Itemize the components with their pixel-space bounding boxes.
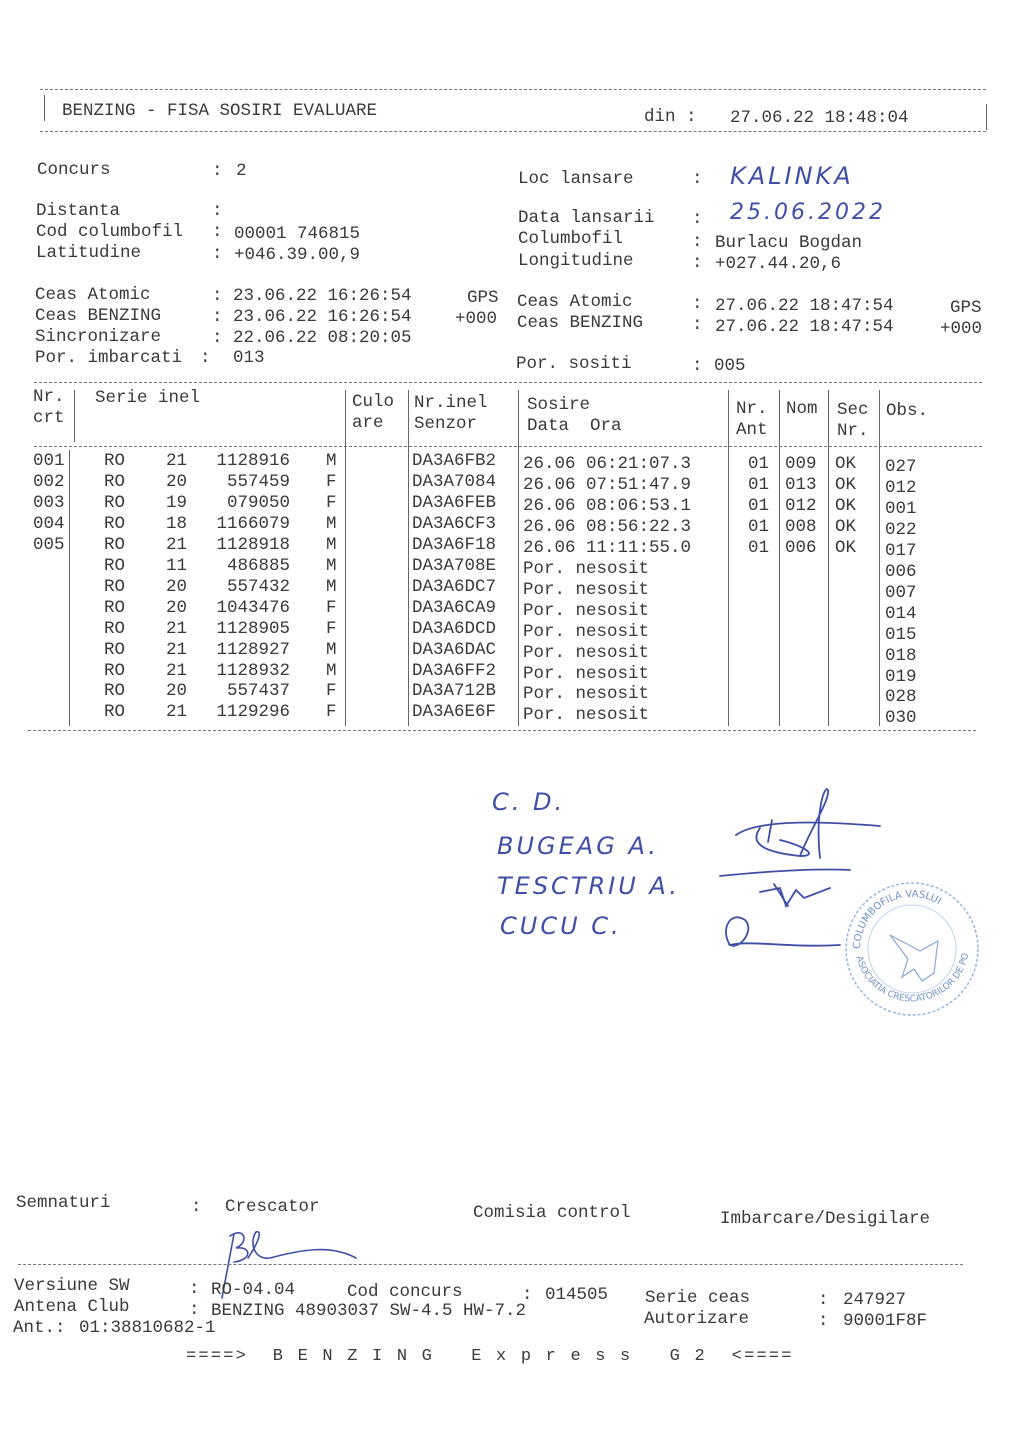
colon: : <box>212 244 223 265</box>
header-sosire-2: Data Ora <box>527 416 622 437</box>
table-row: 002RO20557459FDA3A708426.06 07:51:47.901… <box>0 472 1024 493</box>
autorizare-value: 90001F8F <box>843 1311 927 1332</box>
distanta-label: Distanta <box>36 201 120 222</box>
cell-year: 21 <box>166 535 187 556</box>
cell-year: 20 <box>166 472 187 493</box>
cell-ring-number: 1166079 <box>216 514 290 535</box>
header-nr-crt-2: crt <box>33 408 65 429</box>
header-bottom-border <box>40 131 986 132</box>
ceas-atomic-right-value: 27.06.22 18:47:54 <box>715 296 894 317</box>
colon: : <box>692 315 703 336</box>
cell-ring-number: 1129296 <box>216 702 290 723</box>
header-sosire-1: Sosire <box>527 395 590 416</box>
cell-ring-number: 1128916 <box>216 451 290 472</box>
cell-year: 21 <box>166 640 187 661</box>
colon: : <box>212 328 223 349</box>
cell-country: RO <box>104 514 125 535</box>
table-row: 003RO19079050FDA3A6FEB26.06 08:06:53.101… <box>0 493 1024 514</box>
cell-nr-crt: 005 <box>33 535 65 556</box>
ceas-benzing-left-suffix: +000 <box>455 309 497 330</box>
cell-sex: M <box>326 556 337 577</box>
print-date-value: 27.06.22 18:48:04 <box>730 108 909 129</box>
por-sositi-label: Por. sositi <box>516 354 632 375</box>
colon: : <box>212 222 223 243</box>
table-row: RO20557437FDA3A712BPor. nesosit028 <box>0 681 1024 702</box>
cell-country: RO <box>104 681 125 702</box>
print-date-label: din : <box>644 107 697 128</box>
cell-sex: F <box>326 619 337 640</box>
col-sep <box>74 390 75 442</box>
cell-sensor-ring: DA3A6E6F <box>412 702 496 723</box>
colon: : <box>692 253 703 274</box>
loc-lansare-handwritten: KALINKA <box>730 162 854 190</box>
cell-sex: F <box>326 472 337 493</box>
colon: : <box>818 1311 829 1332</box>
latitudine-value: +046.39.00,9 <box>234 245 360 266</box>
cell-sensor-ring: DA3A7084 <box>412 472 496 493</box>
table-bottom-border <box>28 730 976 731</box>
header-nom: Nom <box>786 399 818 420</box>
ceas-atomic-left-value: 23.06.22 16:26:54 <box>233 286 412 307</box>
header-nr-ant-1: Nr. <box>736 399 768 420</box>
cell-sex: F <box>326 598 337 619</box>
benzing-express-banner: ====> B E N Z I N G E x p r e s s G 2 <=… <box>186 1346 794 1367</box>
ceas-benzing-right-value: 27.06.22 18:47:54 <box>715 317 894 338</box>
cell-ring-number: 1043476 <box>216 598 290 619</box>
header-obs: Obs. <box>886 401 928 422</box>
cell-sensor-ring: DA3A6DAC <box>412 640 496 661</box>
cell-country: RO <box>104 640 125 661</box>
colon: : <box>189 1279 200 1300</box>
cell-nr-crt: 003 <box>33 493 65 514</box>
colon: : <box>200 348 211 369</box>
columbofil-value: Burlacu Bogdan <box>715 233 862 254</box>
pigeon-icon <box>890 935 938 981</box>
imbarcare-label: Imbarcare/Desigilare <box>720 1209 930 1230</box>
cell-ring-number: 1128905 <box>216 619 290 640</box>
semnaturi-label: Semnaturi <box>16 1193 111 1214</box>
cell-country: RO <box>104 619 125 640</box>
cell-sex: M <box>326 577 337 598</box>
commission-line-2: BUGEAG A. <box>497 832 659 860</box>
cell-sensor-ring: DA3A6FB2 <box>412 451 496 472</box>
cell-country: RO <box>104 577 125 598</box>
por-imbarcati-value: 013 <box>233 348 265 369</box>
association-stamp: COLUMBOFILA VASLUI ASOCIATIA CRESCATORIL… <box>842 877 982 1022</box>
table-top-border <box>34 382 982 383</box>
table-header-border <box>34 446 982 447</box>
colon: : <box>212 201 223 222</box>
cell-ring-number: 557432 <box>227 577 290 598</box>
cell-ring-number: 1128918 <box>216 535 290 556</box>
header-culoare-1: Culo <box>352 392 394 413</box>
cell-year: 11 <box>166 556 187 577</box>
ant-label: Ant.: <box>13 1318 66 1339</box>
antena-club-value: BENZING 48903037 SW-4.5 HW-7.2 <box>211 1301 526 1322</box>
ceas-benzing-right-label: Ceas BENZING <box>517 313 643 334</box>
cell-nr-crt: 004 <box>33 514 65 535</box>
cell-sex: M <box>326 451 337 472</box>
cell-sensor-ring: DA3A6DCD <box>412 619 496 640</box>
cell-country: RO <box>104 598 125 619</box>
cell-ring-number: 486885 <box>227 556 290 577</box>
commission-line-1: C. D. <box>492 788 565 816</box>
cell-country: RO <box>104 451 125 472</box>
cell-country: RO <box>104 702 125 723</box>
commission-line-3: TESCTRIU A. <box>497 872 680 900</box>
cell-sensor-ring: DA3A6FEB <box>412 493 496 514</box>
colon: : <box>692 169 703 190</box>
table-row: RO211128905FDA3A6DCDPor. nesosit015 <box>0 619 1024 640</box>
cod-concurs-value: 014505 <box>545 1285 608 1306</box>
header-serie-inel: Serie inel <box>95 388 200 409</box>
table-row: 005RO211128918MDA3A6F1826.06 11:11:55.00… <box>0 535 1024 556</box>
comisia-control-label: Comisia control <box>473 1203 631 1224</box>
table-row: RO20557432MDA3A6DC7Por. nesosit007 <box>0 577 1024 598</box>
sincronizare-label: Sincronizare <box>35 327 161 348</box>
cod-columbofil-label: Cod columbofil <box>36 222 183 243</box>
table-row: RO11486885MDA3A708EPor. nesosit006 <box>0 556 1024 577</box>
ant-value: 01:38810682-1 <box>79 1318 216 1339</box>
colon: : <box>212 286 223 307</box>
cell-country: RO <box>104 556 125 577</box>
table-row: RO211128932MDA3A6FF2Por. nesosit019 <box>0 661 1024 682</box>
cell-sensor-ring: DA3A6CF3 <box>412 514 496 535</box>
cell-year: 20 <box>166 577 187 598</box>
crescator-label: Crescator <box>225 1197 320 1218</box>
concurs-value: 2 <box>236 161 247 182</box>
table-row: 004RO181166079MDA3A6CF326.06 08:56:22.30… <box>0 514 1024 535</box>
header-right-border <box>986 104 987 130</box>
data-lansarii-handwritten: 25.06.2022 <box>730 200 886 225</box>
serie-ceas-value: 247927 <box>843 1290 906 1311</box>
cell-sex: F <box>326 702 337 723</box>
cell-year: 21 <box>166 702 187 723</box>
loc-lansare-label: Loc lansare <box>518 169 634 190</box>
cell-ring-number: 557437 <box>227 681 290 702</box>
ceas-benzing-left-value: 23.06.22 16:26:54 <box>233 307 412 328</box>
colon: : <box>692 356 703 377</box>
colon: : <box>191 1197 202 1218</box>
table-row: RO211129296FDA3A6E6FPor. nesosit030 <box>0 702 1024 723</box>
header-nr-inel-2: Senzor <box>414 414 477 435</box>
cell-ring-number: 557459 <box>227 472 290 493</box>
longitudine-value: +027.44.20,6 <box>715 254 841 275</box>
cell-country: RO <box>104 472 125 493</box>
colon: : <box>212 307 223 328</box>
cell-sensor-ring: DA3A6F18 <box>412 535 496 556</box>
ceas-benzing-left-label: Ceas BENZING <box>35 306 161 327</box>
cell-ring-number: 1128932 <box>216 661 290 682</box>
latitudine-label: Latitudine <box>36 243 141 264</box>
cell-ring-number: 1128927 <box>216 640 290 661</box>
cell-sex: M <box>326 514 337 535</box>
serie-ceas-label: Serie ceas <box>645 1288 750 1309</box>
document-title: BENZING - FISA SOSIRI EVALUARE <box>62 101 377 122</box>
header-culoare-2: are <box>352 413 384 434</box>
table-row: RO201043476FDA3A6CA9Por. nesosit014 <box>0 598 1024 619</box>
cod-concurs-label: Cod concurs <box>347 1282 463 1303</box>
cell-sensor-ring: DA3A712B <box>412 681 496 702</box>
autorizare-label: Autorizare <box>644 1309 749 1330</box>
header-nr-ant-2: Ant <box>736 420 768 441</box>
cell-sex: F <box>326 493 337 514</box>
antena-club-label: Antena Club <box>14 1297 130 1318</box>
commission-line-4: CUCU C. <box>500 912 622 940</box>
cell-year: 21 <box>166 619 187 640</box>
concurs-label: Concurs <box>37 160 111 181</box>
versiune-sw-label: Versiune SW <box>14 1276 130 1297</box>
cell-sensor-ring: DA3A6FF2 <box>412 661 496 682</box>
cell-sex: M <box>326 661 337 682</box>
header-sec-2: Nr. <box>837 421 869 442</box>
cell-sensor-ring: DA3A6DC7 <box>412 577 496 598</box>
colon: : <box>692 209 703 230</box>
sincronizare-value: 22.06.22 08:20:05 <box>233 328 412 349</box>
por-imbarcati-label: Por. imbarcati <box>35 348 182 369</box>
colon: : <box>692 232 703 253</box>
cell-arrival: Por. nesosit <box>523 705 649 726</box>
cell-year: 21 <box>166 451 187 472</box>
cell-sex: M <box>326 535 337 556</box>
table-row: RO211128927MDA3A6DACPor. nesosit018 <box>0 640 1024 661</box>
header-top-border <box>40 89 986 90</box>
data-lansarii-label: Data lansarii <box>518 208 655 229</box>
por-sositi-value: 005 <box>714 356 746 377</box>
longitudine-label: Longitudine <box>518 251 634 272</box>
ceas-atomic-right-label: Ceas Atomic <box>517 292 633 313</box>
table-row: 001RO211128916MDA3A6FB226.06 06:21:07.30… <box>0 451 1024 472</box>
stamp-text-top: COLUMBOFILA VASLUI <box>852 889 943 949</box>
colon: : <box>692 294 703 315</box>
ceas-atomic-right-suffix: GPS <box>950 298 982 319</box>
colon: : <box>818 1290 829 1311</box>
cell-year: 21 <box>166 661 187 682</box>
cell-year: 20 <box>166 681 187 702</box>
header-sec-1: Sec <box>837 400 869 421</box>
columbofil-label: Columbofil <box>518 229 623 250</box>
ceas-atomic-left-label: Ceas Atomic <box>35 285 151 306</box>
cell-sensor-ring: DA3A6CA9 <box>412 598 496 619</box>
cell-obs: 030 <box>885 708 917 729</box>
cell-country: RO <box>104 661 125 682</box>
header-nr-inel-1: Nr.inel <box>414 393 488 414</box>
ceas-atomic-left-suffix: GPS <box>467 288 499 309</box>
cell-ring-number: 079050 <box>227 493 290 514</box>
cell-year: 20 <box>166 598 187 619</box>
versiune-sw-value: RO-04.04 <box>211 1280 295 1301</box>
cell-nr-crt: 001 <box>33 451 65 472</box>
colon: : <box>212 161 233 182</box>
cell-nr-crt: 002 <box>33 472 65 493</box>
cell-country: RO <box>104 493 125 514</box>
cod-columbofil-value: 00001 746815 <box>234 224 360 245</box>
header-nr-crt-1: Nr. <box>33 387 65 408</box>
cell-year: 19 <box>166 493 187 514</box>
cell-sex: M <box>326 640 337 661</box>
cell-year: 18 <box>166 514 187 535</box>
footer-separator <box>18 1264 963 1265</box>
cell-sex: F <box>326 681 337 702</box>
cell-country: RO <box>104 535 125 556</box>
ceas-benzing-right-suffix: +000 <box>940 319 982 340</box>
cell-sensor-ring: DA3A708E <box>412 556 496 577</box>
header-left-border <box>44 95 45 121</box>
